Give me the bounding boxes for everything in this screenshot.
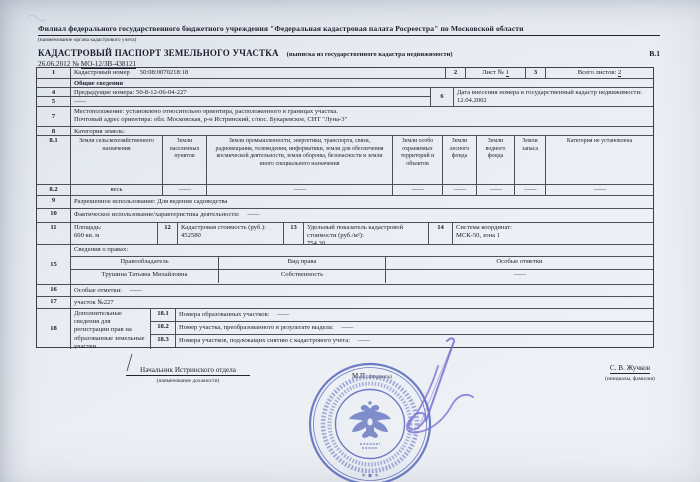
row-num: 15 xyxy=(37,245,71,284)
unit-cost-value: 754.30 xyxy=(307,240,425,244)
category-value: —— xyxy=(393,185,443,195)
official-name: С. В. Жучков xyxy=(610,364,650,374)
row-num: 18.1 xyxy=(151,309,176,321)
area-cell: Площадь: 600 кв. м xyxy=(71,223,158,244)
row-num: 13 xyxy=(284,223,304,244)
permitted-use-text: Разрешенное использование: Для ведения с… xyxy=(71,196,653,208)
category-col-industry: Земли промышленности, энергетики, трансп… xyxy=(207,136,393,184)
category-value: —— xyxy=(477,185,515,195)
row-num: 12 xyxy=(158,223,178,244)
coord-system-value: МСК-50, зона 1 xyxy=(456,232,650,240)
document-page: { "header": { "org_name": "Филиал федера… xyxy=(0,0,700,482)
row-num: 4 xyxy=(37,88,71,96)
coord-system-label: Система координат: xyxy=(456,224,650,232)
row-num: 16 xyxy=(37,285,71,296)
row-general-section: Общие сведения xyxy=(37,79,653,88)
area-label: Площадь: xyxy=(74,224,154,232)
unit-cost-cell: Удельный показатель кадастровой стоимост… xyxy=(304,223,429,244)
official-name-sublabel: (инициалы, фамилия) xyxy=(570,376,690,382)
row-previous-numbers: 4 Предыдущие номера: 50-8-12-06-04-227 xyxy=(37,88,430,97)
stamp-bottom-marks: ∗ ▪ ∗ xyxy=(361,472,379,479)
row-num: 8.1 xyxy=(37,136,71,184)
unit-cost-label: Удельный показатель кадастровой стоимост… xyxy=(307,224,403,239)
location-line2: Почтовый адрес ориентира: обл. Московска… xyxy=(74,116,650,124)
row-num: 7 xyxy=(37,107,71,126)
document-title-note: (выписка из государственного кадастра не… xyxy=(287,51,453,58)
row-permitted-use: 9 Разрешенное использование: Для ведения… xyxy=(37,196,653,209)
transformed-plot-cell: Номер участка, преобразованного в резуль… xyxy=(176,322,653,334)
row-five-dash: —— xyxy=(71,97,430,106)
total-sheets-cell: Всего листов: 2 xyxy=(546,68,653,78)
rights-holder-value: Трушина Татьяна Михайловна xyxy=(71,270,219,283)
double-eagle-icon xyxy=(349,401,391,438)
rights-type-header: Вид права xyxy=(219,257,386,269)
document-title: КАДАСТРОВЫЙ ПАСПОРТ ЗЕМЕЛЬНОГО УЧАСТКА xyxy=(38,48,279,58)
general-section-title: Общие сведения xyxy=(71,79,653,87)
sheet-cell: Лист № 1 xyxy=(466,68,526,78)
category-value: весь xyxy=(71,185,163,195)
cadastral-number-value: 50:08:0070218:18 xyxy=(140,69,188,76)
location-line1: Местоположение: установлено относительно… xyxy=(74,108,650,116)
area-value: 600 кв. м xyxy=(74,232,154,240)
rights-header-row: Правообладатель Вид права Особые отметки xyxy=(71,257,653,270)
sheet-number: 1 xyxy=(506,69,509,77)
coord-system-cell: Система координат: МСК-50, зона 1 xyxy=(453,223,653,244)
row-num: 17 xyxy=(37,297,71,308)
cadastral-number-label: Кадастровый номер xyxy=(74,69,130,76)
plot-number-text: участок №227 xyxy=(71,297,653,308)
org-sublabel: (наименование органа кадастрового учета) xyxy=(38,37,660,43)
category-value: —— xyxy=(546,185,653,195)
row-num: 11 xyxy=(37,223,71,244)
actual-use-cell: Фактическое использование/характеристика… xyxy=(71,209,653,222)
cadastral-cost-label: Кадастровая стоимость (руб.): xyxy=(181,224,280,232)
registration-date-text: Дата внесения номера в государственный к… xyxy=(454,88,653,106)
special-notes-dash: —— xyxy=(130,287,141,294)
row-additional-info: 18 Дополнительные сведения для регистрац… xyxy=(37,309,653,349)
actual-use-dash: —— xyxy=(247,211,258,218)
rights-holder-header: Правообладатель xyxy=(71,257,219,269)
formed-plots-cell: Номера образованных участков: —— xyxy=(176,309,653,321)
row-num: 9 xyxy=(37,196,71,208)
row-plot-number: 17 участок №227 xyxy=(37,297,653,309)
previous-numbers-text: Предыдущие номера: 50-8-12-06-04-227 xyxy=(71,88,430,96)
official-position-sublabel: (наименование должности) xyxy=(126,378,250,384)
category-value: —— xyxy=(163,185,207,195)
row-category-values: 8.2 весь —— —— —— —— —— —— —— xyxy=(37,185,653,196)
category-col-forest: Земли лесного фонда xyxy=(443,136,477,184)
rights-notes-header: Особые отметки xyxy=(386,257,653,269)
seal-label: М.П. xyxy=(352,372,367,380)
special-notes-label: Особые отметки: xyxy=(74,287,122,294)
document-header: Филиал федерального государственного бюд… xyxy=(38,24,660,68)
rights-title: Сведения о правах: xyxy=(71,245,653,256)
row-five: 5 —— xyxy=(37,97,430,106)
row-area-cost: 11 Площадь: 600 кв. м 12 Кадастровая сто… xyxy=(37,223,653,245)
rows-previous-numbers: 4 Предыдущие номера: 50-8-12-06-04-227 5… xyxy=(37,88,653,107)
removal-plots-dash: —— xyxy=(358,337,369,344)
form-code: В.1 xyxy=(649,49,660,58)
transformed-plot-label: Номер участка, преобразованного в резуль… xyxy=(179,324,334,331)
row-num: 14 xyxy=(429,223,453,244)
pencil-corner-mark xyxy=(28,15,46,21)
row-num: 18 xyxy=(37,309,71,349)
category-value: —— xyxy=(207,185,393,195)
row-num-empty xyxy=(37,79,71,87)
cadastral-cost-value: 452580 xyxy=(181,232,280,240)
row-removal-plots: 18.3 Номера участков, подлежащих снятию … xyxy=(151,335,653,347)
cadastral-table: 1 Кадастровый номер50:08:0070218:18 2 Ли… xyxy=(36,67,654,348)
signature-label: (подпись) xyxy=(369,374,392,380)
official-position-block: Начальник Истринского отдела (наименован… xyxy=(126,366,250,384)
row-num: 2 xyxy=(446,68,466,78)
row-location: 7 Местоположение: установлено относитель… xyxy=(37,107,653,127)
row-actual-use: 10 Фактическое использование/характерист… xyxy=(37,209,653,223)
row-num: 10 xyxy=(37,209,71,222)
row-formed-plots: 18.1 Номера образованных участков: —— xyxy=(151,309,653,322)
location-cell: Местоположение: установлено относительно… xyxy=(71,107,653,126)
row-rights: 15 Сведения о правах: Правообладатель Ви… xyxy=(37,245,653,285)
row-cadastral-number: 1 Кадастровый номер50:08:0070218:18 2 Ли… xyxy=(37,68,653,79)
title-row: КАДАСТРОВЫЙ ПАСПОРТ ЗЕМЕЛЬНОГО УЧАСТКА (… xyxy=(38,48,660,58)
category-value: —— xyxy=(515,185,546,195)
row-category-headers: 8.1 Земли сельскохозяйственного назначен… xyxy=(37,136,653,185)
row-num: 3 xyxy=(526,68,546,78)
official-position-title: Начальник Истринского отдела xyxy=(126,366,250,376)
handwritten-signature xyxy=(407,338,473,432)
official-stamp-icon: ∗ ▪ ∗ xyxy=(310,364,430,482)
additional-info-label: Дополнительные сведения для регистрации … xyxy=(71,309,151,349)
category-col-reserve: Земли запаса xyxy=(515,136,546,184)
formed-plots-label: Номера образованных участков: xyxy=(179,311,270,318)
land-category-label: Категория земель: xyxy=(71,127,653,135)
row-land-category: 8 Категория земель: xyxy=(37,127,653,136)
special-notes-cell: Особые отметки: —— xyxy=(71,285,653,296)
seal-signature-labels: М.П. (подпись) xyxy=(352,372,392,380)
rights-notes-value: —— xyxy=(386,270,653,283)
category-col-agricultural: Земли сельскохозяйственного назначения xyxy=(71,136,163,184)
removal-plots-cell: Номера участков, подлежащих снятию с кад… xyxy=(176,335,653,347)
transformed-plot-dash: —— xyxy=(341,324,352,331)
cadastral-cost-cell: Кадастровая стоимость (руб.): 452580 xyxy=(178,223,284,244)
row-num: 8 xyxy=(37,127,71,135)
category-value: —— xyxy=(443,185,477,195)
row-num: 6 xyxy=(431,88,454,106)
row-special-notes: 16 Особые отметки: —— xyxy=(37,285,653,297)
category-col-not-set: Категория не установлена xyxy=(546,136,653,184)
category-col-settlements: Земли населенных пунктов xyxy=(163,136,207,184)
row-num: 5 xyxy=(37,97,71,106)
category-col-water: Земли водного фонда xyxy=(477,136,515,184)
row-num: 18.3 xyxy=(151,335,176,347)
total-sheets-value: 2 xyxy=(618,69,621,77)
row-num: 8.2 xyxy=(37,185,71,195)
official-name-block: С. В. Жучков (инициалы, фамилия) xyxy=(570,364,690,382)
row-transformed-plot: 18.2 Номер участка, преобразованного в р… xyxy=(151,322,653,335)
rights-type-value: Собственность xyxy=(219,270,386,283)
sheet-label: Лист № xyxy=(482,69,504,76)
row-num: 1 xyxy=(37,68,71,78)
org-name: Филиал федерального государственного бюд… xyxy=(38,24,660,36)
rights-title-row: Сведения о правах: xyxy=(71,245,653,257)
category-col-protected: Земли особо охраняемых территорий и объе… xyxy=(393,136,443,184)
rights-value-row: Трушина Татьяна Михайловна Собственность… xyxy=(71,270,653,283)
removal-plots-label: Номера участков, подлежащих снятию с кад… xyxy=(179,337,350,344)
row-num: 18.2 xyxy=(151,322,176,334)
total-sheets-label: Всего листов: xyxy=(578,69,617,76)
formed-plots-dash: —— xyxy=(277,311,288,318)
cadastral-number-cell: Кадастровый номер50:08:0070218:18 xyxy=(71,68,446,78)
actual-use-label: Фактическое использование/характеристика… xyxy=(74,211,240,218)
